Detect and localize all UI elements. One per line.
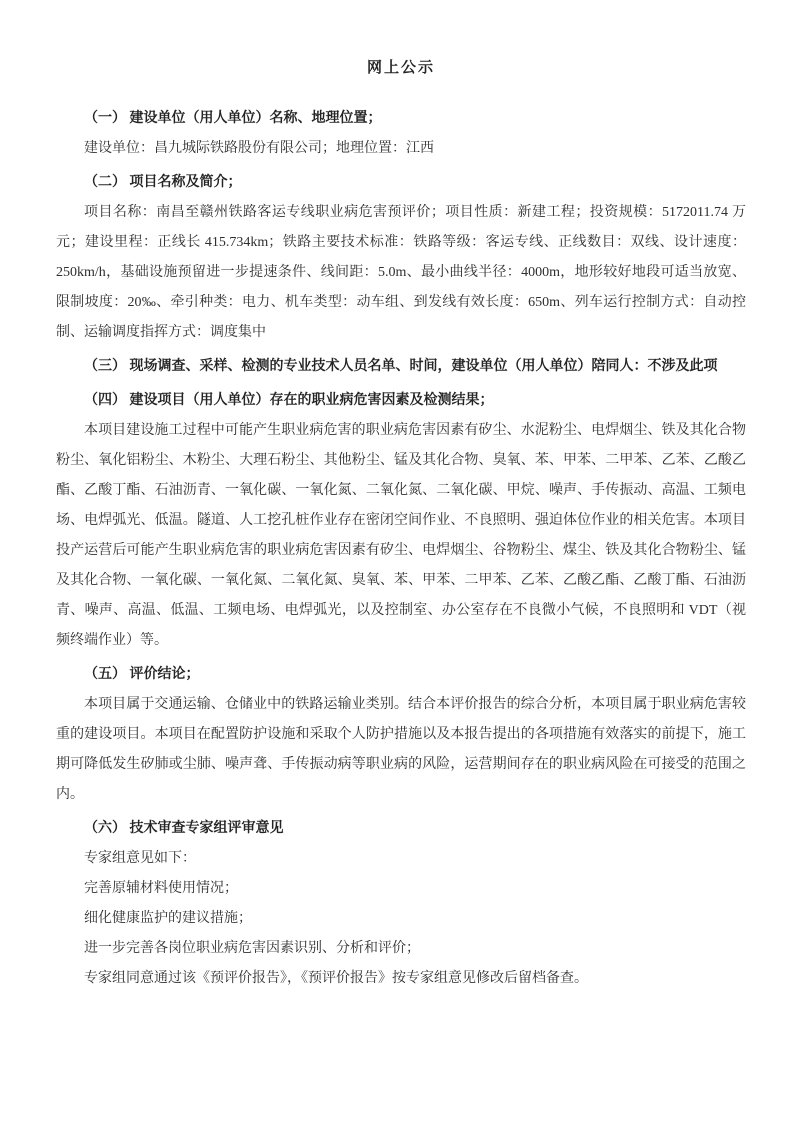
section-1-construction-unit: （一） 建设单位（用人单位）名称、地理位置； 建设单位：昌九城际铁路股份有限公司… bbox=[56, 104, 746, 164]
section-4-paragraph: 本项目建设施工过程中可能产生职业病危害的职业病危害因素有矽尘、水泥粉尘、电焊烟尘… bbox=[56, 416, 746, 656]
section-2-paragraph: 项目名称：南昌至赣州铁路客运专线职业病危害预评价；项目性质：新建工程；投资规模：… bbox=[56, 198, 746, 348]
section-5-evaluation-conclusion: （五） 评价结论； 本项目属于交通运输、仓储业中的铁路运输业类别。结合本评价报告… bbox=[56, 660, 746, 810]
section-6-paragraph-opinion-1: 完善原辅材料使用情况； bbox=[56, 874, 746, 904]
section-2-project-name-intro: （二） 项目名称及简介； 项目名称：南昌至赣州铁路客运专线职业病危害预评价；项目… bbox=[56, 168, 746, 348]
section-1-paragraph: 建设单位：昌九城际铁路股份有限公司；地理位置：江西 bbox=[56, 134, 746, 164]
document-page: 网上公示 （一） 建设单位（用人单位）名称、地理位置； 建设单位：昌九城际铁路股… bbox=[0, 0, 800, 1131]
section-6-heading: （六） 技术审查专家组评审意见 bbox=[56, 814, 746, 844]
section-6-paragraph-opinion-3: 进一步完善各岗位职业病危害因素识别、分析和评价； bbox=[56, 934, 746, 964]
section-6-paragraph-opinion-2: 细化健康监护的建议措施； bbox=[56, 904, 746, 934]
section-4-hazard-factors: （四） 建设项目（用人单位）存在的职业病危害因素及检测结果； 本项目建设施工过程… bbox=[56, 386, 746, 656]
section-6-paragraph-intro: 专家组意见如下： bbox=[56, 844, 746, 874]
document-title: 网上公示 bbox=[56, 58, 746, 78]
section-6-expert-review-opinions: （六） 技术审查专家组评审意见 专家组意见如下： 完善原辅材料使用情况； 细化健… bbox=[56, 814, 746, 994]
section-1-heading: （一） 建设单位（用人单位）名称、地理位置； bbox=[56, 104, 746, 134]
section-6-paragraph-approval: 专家组同意通过该《预评价报告》，《预评价报告》按专家组意见修改后留档备查。 bbox=[56, 964, 746, 994]
section-5-paragraph: 本项目属于交通运输、仓储业中的铁路运输业类别。结合本评价报告的综合分析，本项目属… bbox=[56, 690, 746, 810]
section-3-heading: （三） 现场调查、采样、检测的专业技术人员名单、时间，建设单位（用人单位）陪同人… bbox=[56, 352, 746, 382]
section-4-heading: （四） 建设项目（用人单位）存在的职业病危害因素及检测结果； bbox=[56, 386, 746, 416]
section-5-heading: （五） 评价结论； bbox=[56, 660, 746, 690]
section-2-heading: （二） 项目名称及简介； bbox=[56, 168, 746, 198]
section-3-site-survey: （三） 现场调查、采样、检测的专业技术人员名单、时间，建设单位（用人单位）陪同人… bbox=[56, 352, 746, 382]
